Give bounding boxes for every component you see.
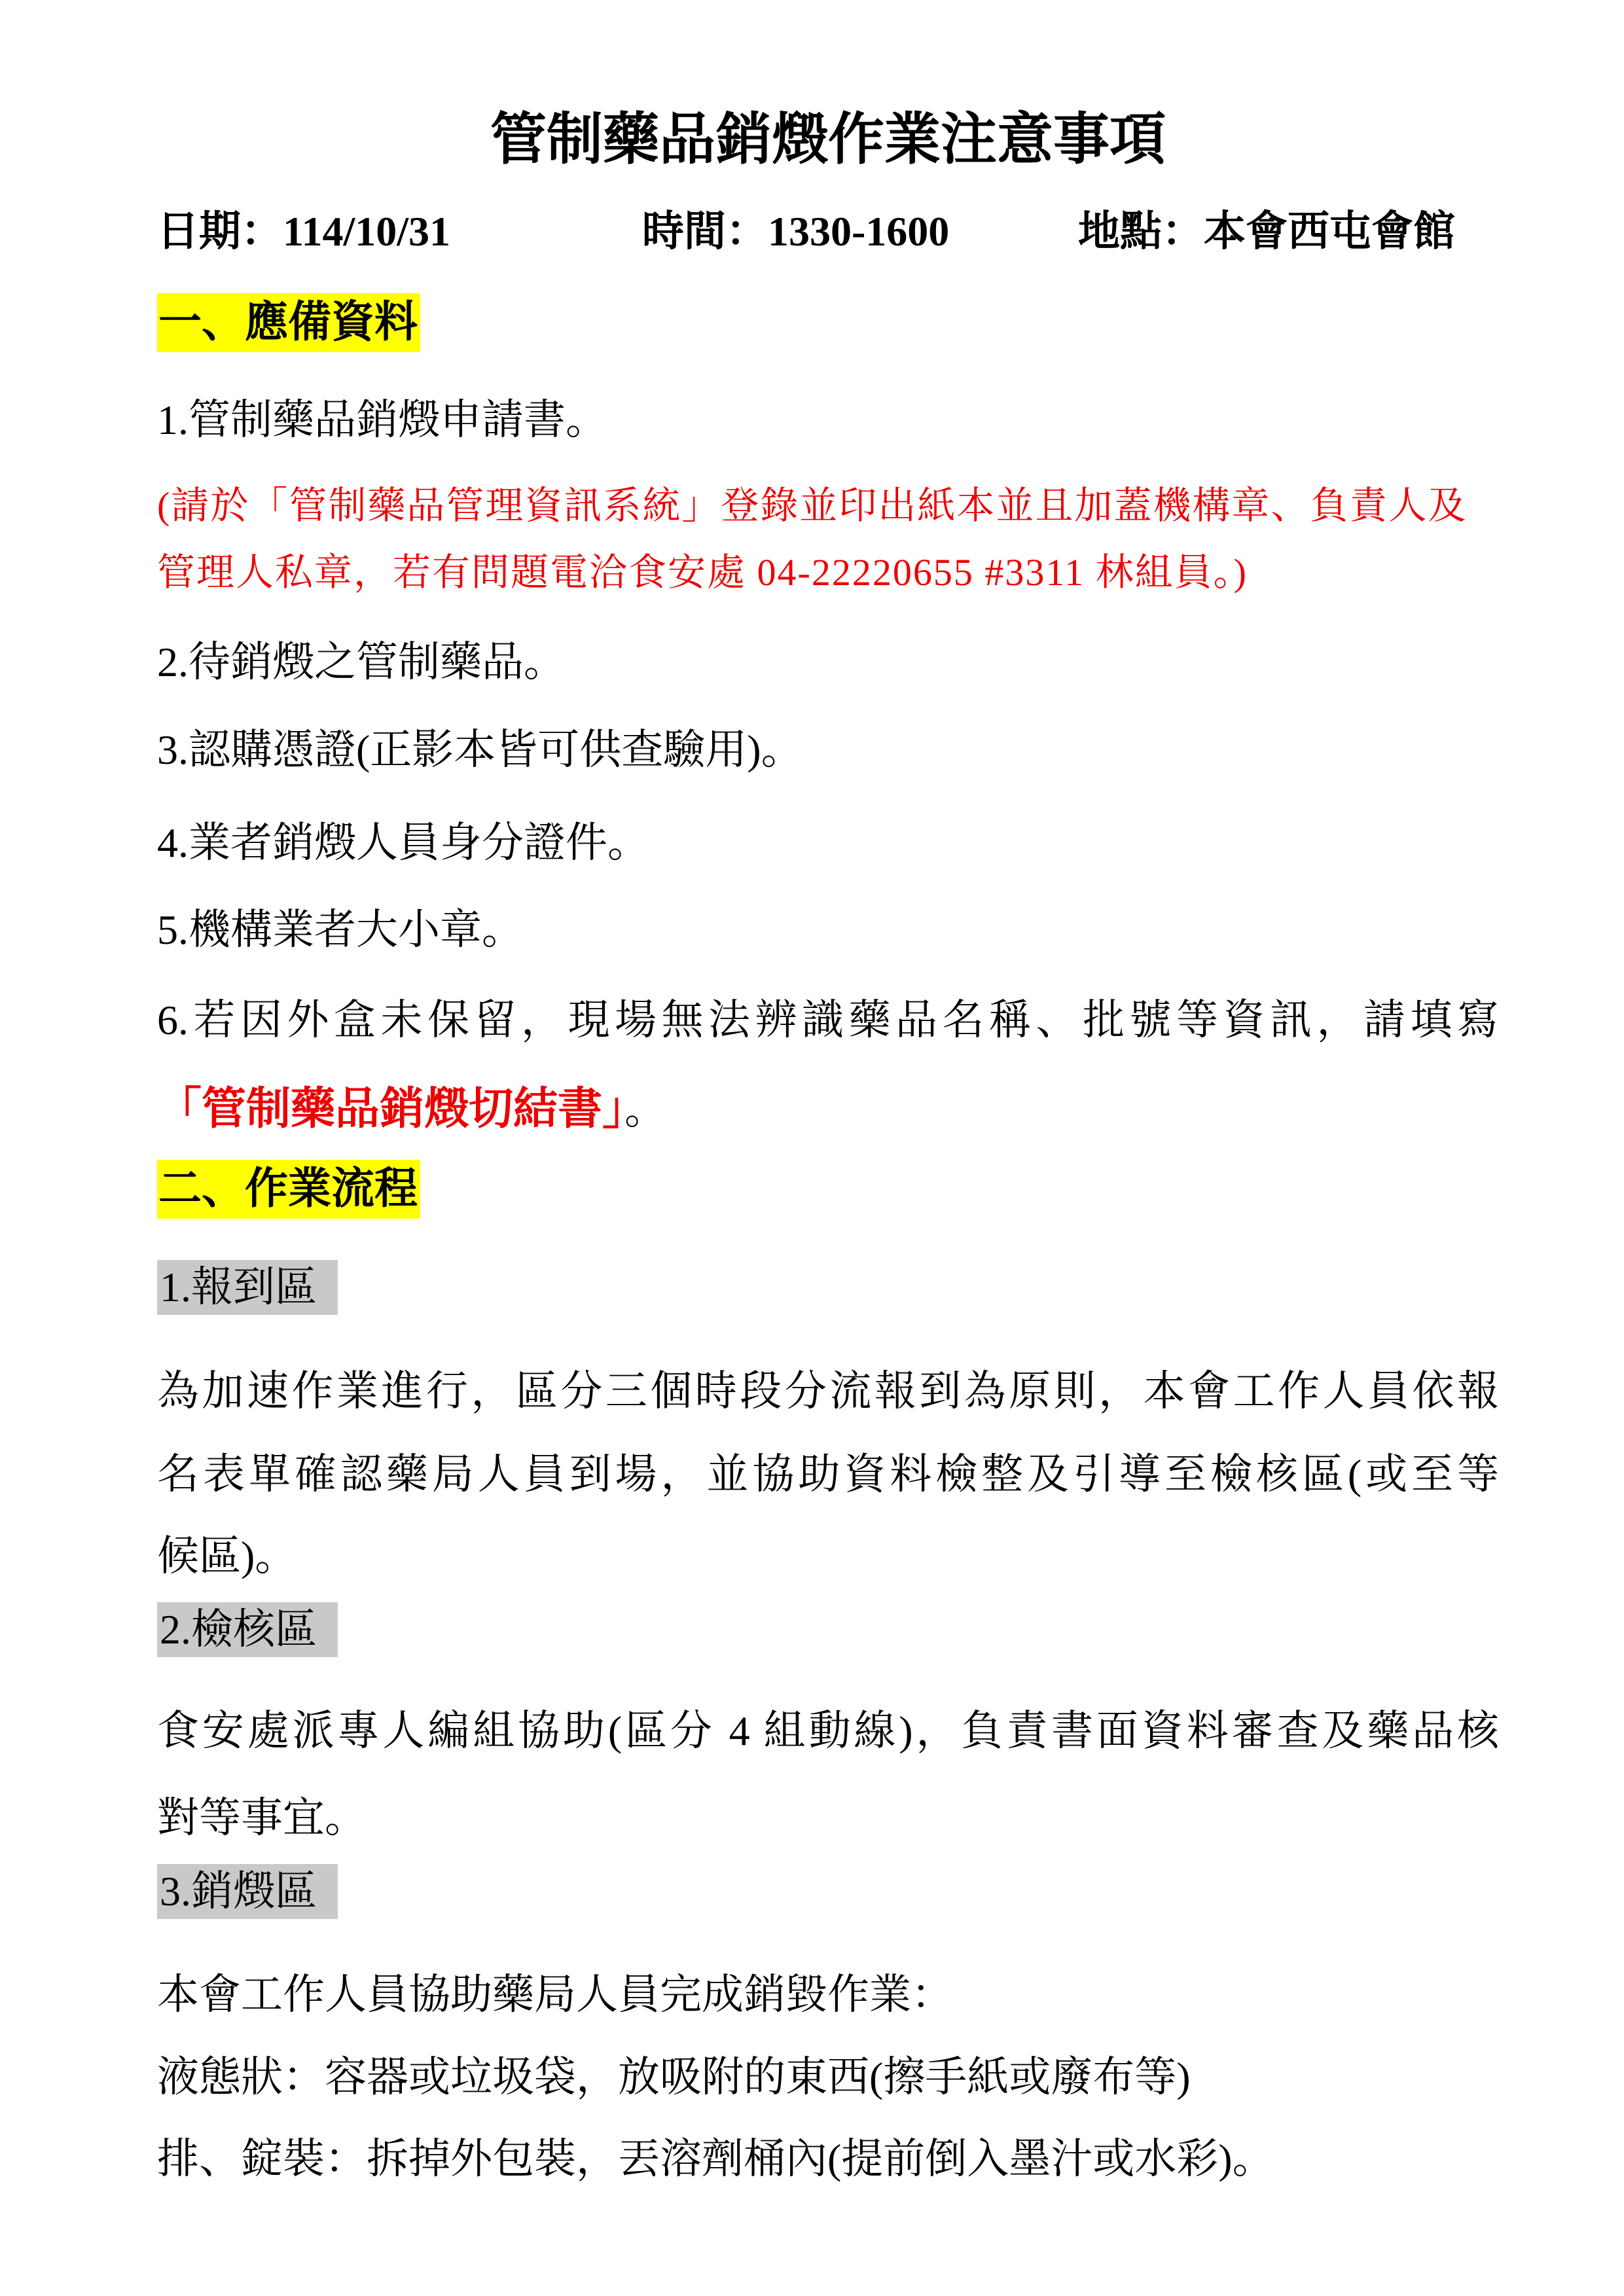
section1-item3: 3.認購憑證(正影本皆可供查驗用)。	[157, 724, 1499, 776]
section1-note-line2: 管理人私章，若有問題電洽食安處 04-22220655 #3311 林組員。)	[157, 549, 1499, 597]
section1-note-line1: (請於「管制藥品管理資訊系統」登錄並印出紙本並且加蓋機構章、負責人及	[157, 482, 1499, 530]
step1-label: 1.報到區	[157, 1260, 1499, 1315]
step3-body-line2: 液態狀：容器或垃圾袋，放吸附的東西(擦手紙或廢布等)	[157, 2051, 1499, 2104]
meta-time: 時間：1330-1600	[642, 198, 949, 258]
step1-body-line1: 為加速作業進行，區分三個時段分流報到為原則，本會工作人員依報	[157, 1365, 1499, 1418]
section1-item2: 2.待銷燬之管制藥品。	[157, 636, 1499, 689]
meta-date: 日期：114/10/31	[157, 198, 450, 258]
step2-body-line2: 對等事宜。	[157, 1792, 1499, 1844]
step3-body-line1: 本會工作人員協助藥局人員完成銷毀作業：	[157, 1969, 1499, 2021]
section1-item1: 1.管制藥品銷燬申請書。	[157, 394, 1499, 446]
affidavit-document-name: 「管制藥品銷燬切結書」	[157, 1084, 624, 1134]
step2-body-line1: 食安處派專人編組協助(區分 4 組動線)，負責書面資料審查及藥品核	[157, 1705, 1499, 1757]
section1-item5: 5.機構業者大小章。	[157, 904, 1499, 956]
section2-heading: 二、作業流程	[157, 1160, 1499, 1219]
section1-heading: 一、應備資料	[157, 293, 1499, 352]
step3-label: 3.銷燬區	[157, 1864, 1499, 1919]
document-page: 管制藥品銷燬作業注意事項 日期：114/10/31 時間：1330-1600 地…	[0, 0, 1624, 2296]
section1-item6: 6.若因外盒未保留，現場無法辨識藥品名稱、批號等資訊，請填寫	[157, 994, 1499, 1047]
step2-label-highlight: 2.檢核區	[157, 1602, 338, 1657]
section2-heading-highlight: 二、作業流程	[157, 1160, 420, 1219]
section1-heading-highlight: 一、應備資料	[157, 293, 420, 352]
step3-body-line3: 排、錠裝：拆掉外包裝，丟溶劑桶內(提前倒入墨汁或水彩)。	[157, 2133, 1499, 2185]
document-title: 管制藥品銷燬作業注意事項	[157, 94, 1499, 175]
step1-body-line2: 名表單確認藥局人員到場，並協助資料檢整及引導至檢核區(或至等	[157, 1448, 1499, 1501]
meta-row: 日期：114/10/31 時間：1330-1600 地點：本會西屯會館	[157, 198, 1499, 260]
step1-label-highlight: 1.報到區	[157, 1260, 338, 1315]
step1-body-line3: 候區)。	[157, 1530, 1499, 1583]
affidavit-period: 。	[624, 1086, 666, 1133]
step3-label-highlight: 3.銷燬區	[157, 1864, 338, 1919]
section1-item6-reference: 「管制藥品銷燬切結書」。	[157, 1081, 1499, 1137]
meta-location: 地點：本會西屯會館	[1078, 198, 1455, 258]
step2-label: 2.檢核區	[157, 1602, 1499, 1657]
section1-item4: 4.業者銷燬人員身分證件。	[157, 817, 1499, 869]
